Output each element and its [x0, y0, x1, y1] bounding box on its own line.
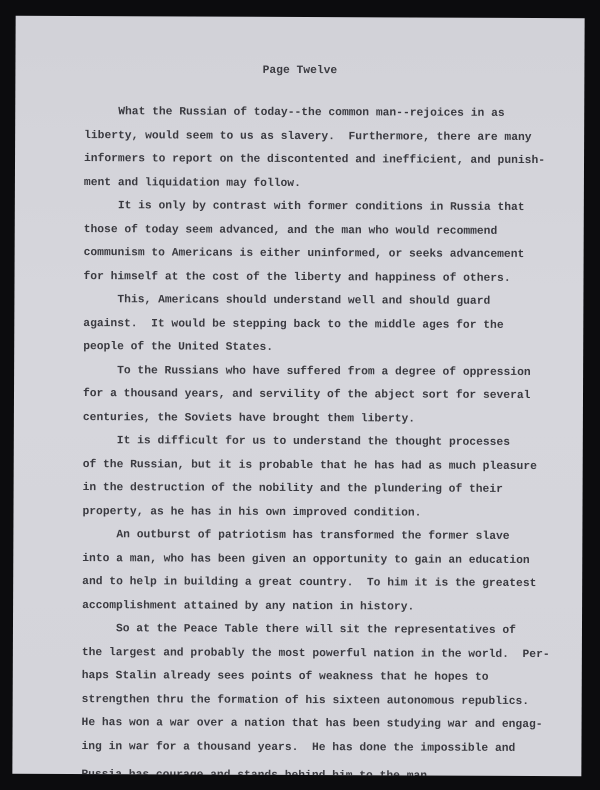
text-line: the largest and probably the most powerf… [82, 647, 550, 661]
text-line: An outburst of patriotism has transforme… [116, 529, 509, 543]
text-line: liberty, would seem to us as slavery. Fu… [84, 130, 531, 144]
text-line: people of the United States. [83, 341, 273, 354]
text-line: Russia has courage and stands behind him… [81, 769, 434, 776]
text-line: for a thousand years, and servility of t… [83, 388, 530, 402]
typewritten-page: Page Twelve What the Russian of today--t… [12, 16, 584, 776]
body-text: What the Russian of today--the common ma… [16, 16, 585, 18]
text-line: He has won a war over a nation that has … [82, 717, 543, 731]
text-line: against. It would be stepping back to th… [83, 318, 503, 332]
page-title: Page Twelve [15, 64, 584, 78]
text-line: property, as he has in his own improved … [82, 506, 421, 519]
text-line: So at the Peace Table there will sit the… [116, 623, 516, 637]
text-line: in the destruction of the nobility and t… [83, 482, 503, 496]
text-line: ment and liquidation may follow. [84, 177, 301, 190]
text-line: informers to report on the discontented … [84, 153, 545, 167]
text-line: It is only by contrast with former condi… [118, 200, 525, 214]
text-line: and to help in building a great country.… [82, 576, 536, 590]
text-line: What the Russian of today--the common ma… [118, 106, 504, 120]
text-line: for himself at the cost of the liberty a… [83, 271, 510, 285]
text-line: It is difficult for us to understand the… [117, 435, 510, 449]
text-line: To the Russians who have suffered from a… [117, 365, 531, 379]
text-line: accomplishment attained by any nation in… [82, 600, 414, 613]
text-line: ing in war for a thousand years. He has … [81, 741, 515, 755]
text-line: This, Americans should understand well a… [117, 294, 490, 308]
text-line: those of today seem advanced, and the ma… [84, 224, 498, 238]
text-line: of the Russian, but it is probable that … [83, 459, 537, 473]
text-line: centuries, the Soviets have brought them… [83, 412, 415, 425]
text-line: communism to Americans is either uninfor… [84, 247, 525, 261]
text-line: into a man, who has been given an opport… [82, 553, 529, 567]
text-line: haps Stalin already sees points of weakn… [82, 670, 489, 684]
text-line: strengthen thru the formation of his six… [82, 694, 529, 708]
